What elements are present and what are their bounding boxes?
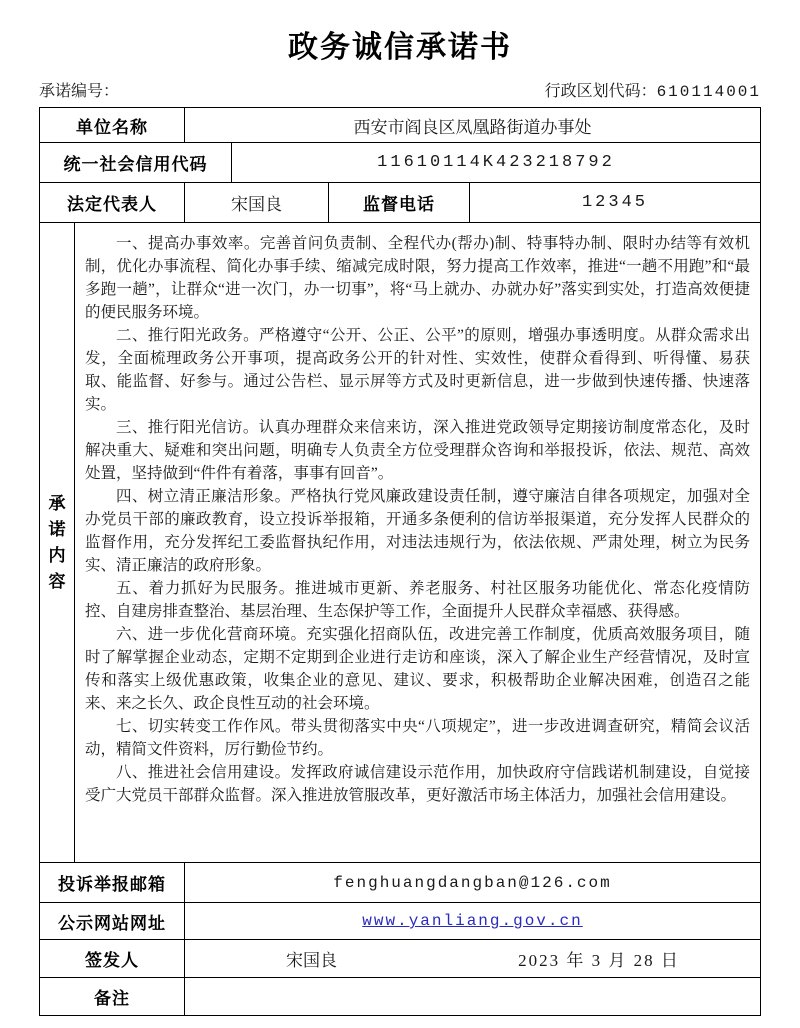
complaint-email-value: fenghuangdangban@126.com: [185, 863, 760, 902]
row-public-website: 公示网站网址 www.yanliang.gov.cn: [40, 903, 760, 940]
issuer-name: 宋国良: [185, 946, 438, 971]
row-credit-code: 统一社会信用代码 11610114K423218792: [40, 143, 760, 183]
row-commitment-content: 承 诺 内 容 一、提高办事效率。完善首问负责制、全程代办(帮办)制、特事特办制…: [40, 223, 760, 863]
commitment-paragraph-1: 一、提高办事效率。完善首问负责制、全程代办(帮办)制、特事特办制、限时办结等有效…: [85, 232, 750, 324]
promise-number-label: 承诺编号：: [39, 78, 119, 101]
admin-division-code: 行政区划代码： 610114001: [545, 78, 761, 101]
legal-rep-value: 宋国良: [185, 183, 329, 222]
admin-code-value: 610114001: [657, 83, 761, 101]
public-website-label: 公示网站网址: [40, 903, 185, 939]
complaint-email-label: 投诉举报邮箱: [40, 863, 185, 902]
commitment-paragraph-8: 八、推进社会信用建设。发挥政府诚信建设示范作用，加快政府守信践诺机制建设，自觉接…: [85, 761, 750, 807]
commitment-label-char: 诺: [49, 521, 66, 538]
meta-row: 承诺编号： 行政区划代码： 610114001: [39, 78, 761, 101]
public-website-cell: www.yanliang.gov.cn: [185, 903, 760, 939]
commitment-paragraph-2: 二、推行阳光政务。严格遵守“公开、公正、公平”的原则，增强办事透明度。从群众需求…: [85, 324, 750, 416]
issuer-label: 签发人: [40, 940, 185, 977]
document-page: 政务诚信承诺书 承诺编号： 行政区划代码： 610114001 单位名称 西安市…: [0, 0, 800, 1028]
commitment-label-vertical: 承 诺 内 容: [40, 223, 75, 862]
commitment-paragraph-7: 七、切实转变工作作风。带头贯彻落实中央“八项规定”，进一步改进调查研究，精简会议…: [85, 715, 750, 761]
admin-code-label: 行政区划代码：: [545, 78, 657, 101]
row-complaint-email: 投诉举报邮箱 fenghuangdangban@126.com: [40, 863, 760, 903]
unit-name-value: 西安市阎良区凤凰路街道办事处: [185, 108, 760, 142]
issuer-value-cell: 宋国良 2023 年 3 月 28 日: [185, 940, 760, 977]
legal-rep-label: 法定代表人: [40, 183, 185, 222]
credit-code-label: 统一社会信用代码: [40, 143, 232, 182]
commitment-paragraph-6: 六、进一步优化营商环境。充实强化招商队伍，改进完善工作制度，优质高效服务项目，随…: [85, 623, 750, 715]
issue-date: 2023 年 3 月 28 日: [438, 946, 760, 971]
commitment-form-table: 单位名称 西安市阎良区凤凰路街道办事处 统一社会信用代码 11610114K42…: [39, 107, 761, 1016]
remark-label: 备注: [40, 978, 185, 1015]
row-legal-rep: 法定代表人 宋国良 监督电话 12345: [40, 183, 760, 223]
row-unit-name: 单位名称 西安市阎良区凤凰路街道办事处: [40, 108, 760, 143]
commitment-label-char: 容: [49, 573, 66, 590]
unit-name-label: 单位名称: [40, 108, 185, 142]
remark-value: [185, 978, 760, 1015]
commitment-paragraph-4: 四、树立清正廉洁形象。严格执行党风廉政建设责任制，遵守廉洁自律各项规定，加强对全…: [85, 485, 750, 577]
row-remark: 备注: [40, 978, 760, 1015]
supervise-phone-label: 监督电话: [329, 183, 470, 222]
commitment-content: 一、提高办事效率。完善首问负责制、全程代办(帮办)制、特事特办制、限时办结等有效…: [75, 223, 760, 862]
row-issuer: 签发人 宋国良 2023 年 3 月 28 日: [40, 940, 760, 978]
commitment-label-char: 内: [49, 547, 66, 564]
page-title: 政务诚信承诺书: [0, 22, 800, 66]
commitment-label-char: 承: [49, 495, 66, 512]
commitment-paragraph-3: 三、推行阳光信访。认真办理群众来信来访，深入推进党政领导定期接访制度常态化，及时…: [85, 416, 750, 485]
supervise-phone-value: 12345: [470, 183, 760, 222]
commitment-paragraph-5: 五、着力抓好为民服务。推进城市更新、养老服务、村社区服务功能优化、常态化疫情防控…: [85, 577, 750, 623]
credit-code-value: 11610114K423218792: [232, 143, 760, 182]
promise-number: 承诺编号：: [39, 78, 119, 101]
public-website-link[interactable]: www.yanliang.gov.cn: [362, 912, 582, 930]
